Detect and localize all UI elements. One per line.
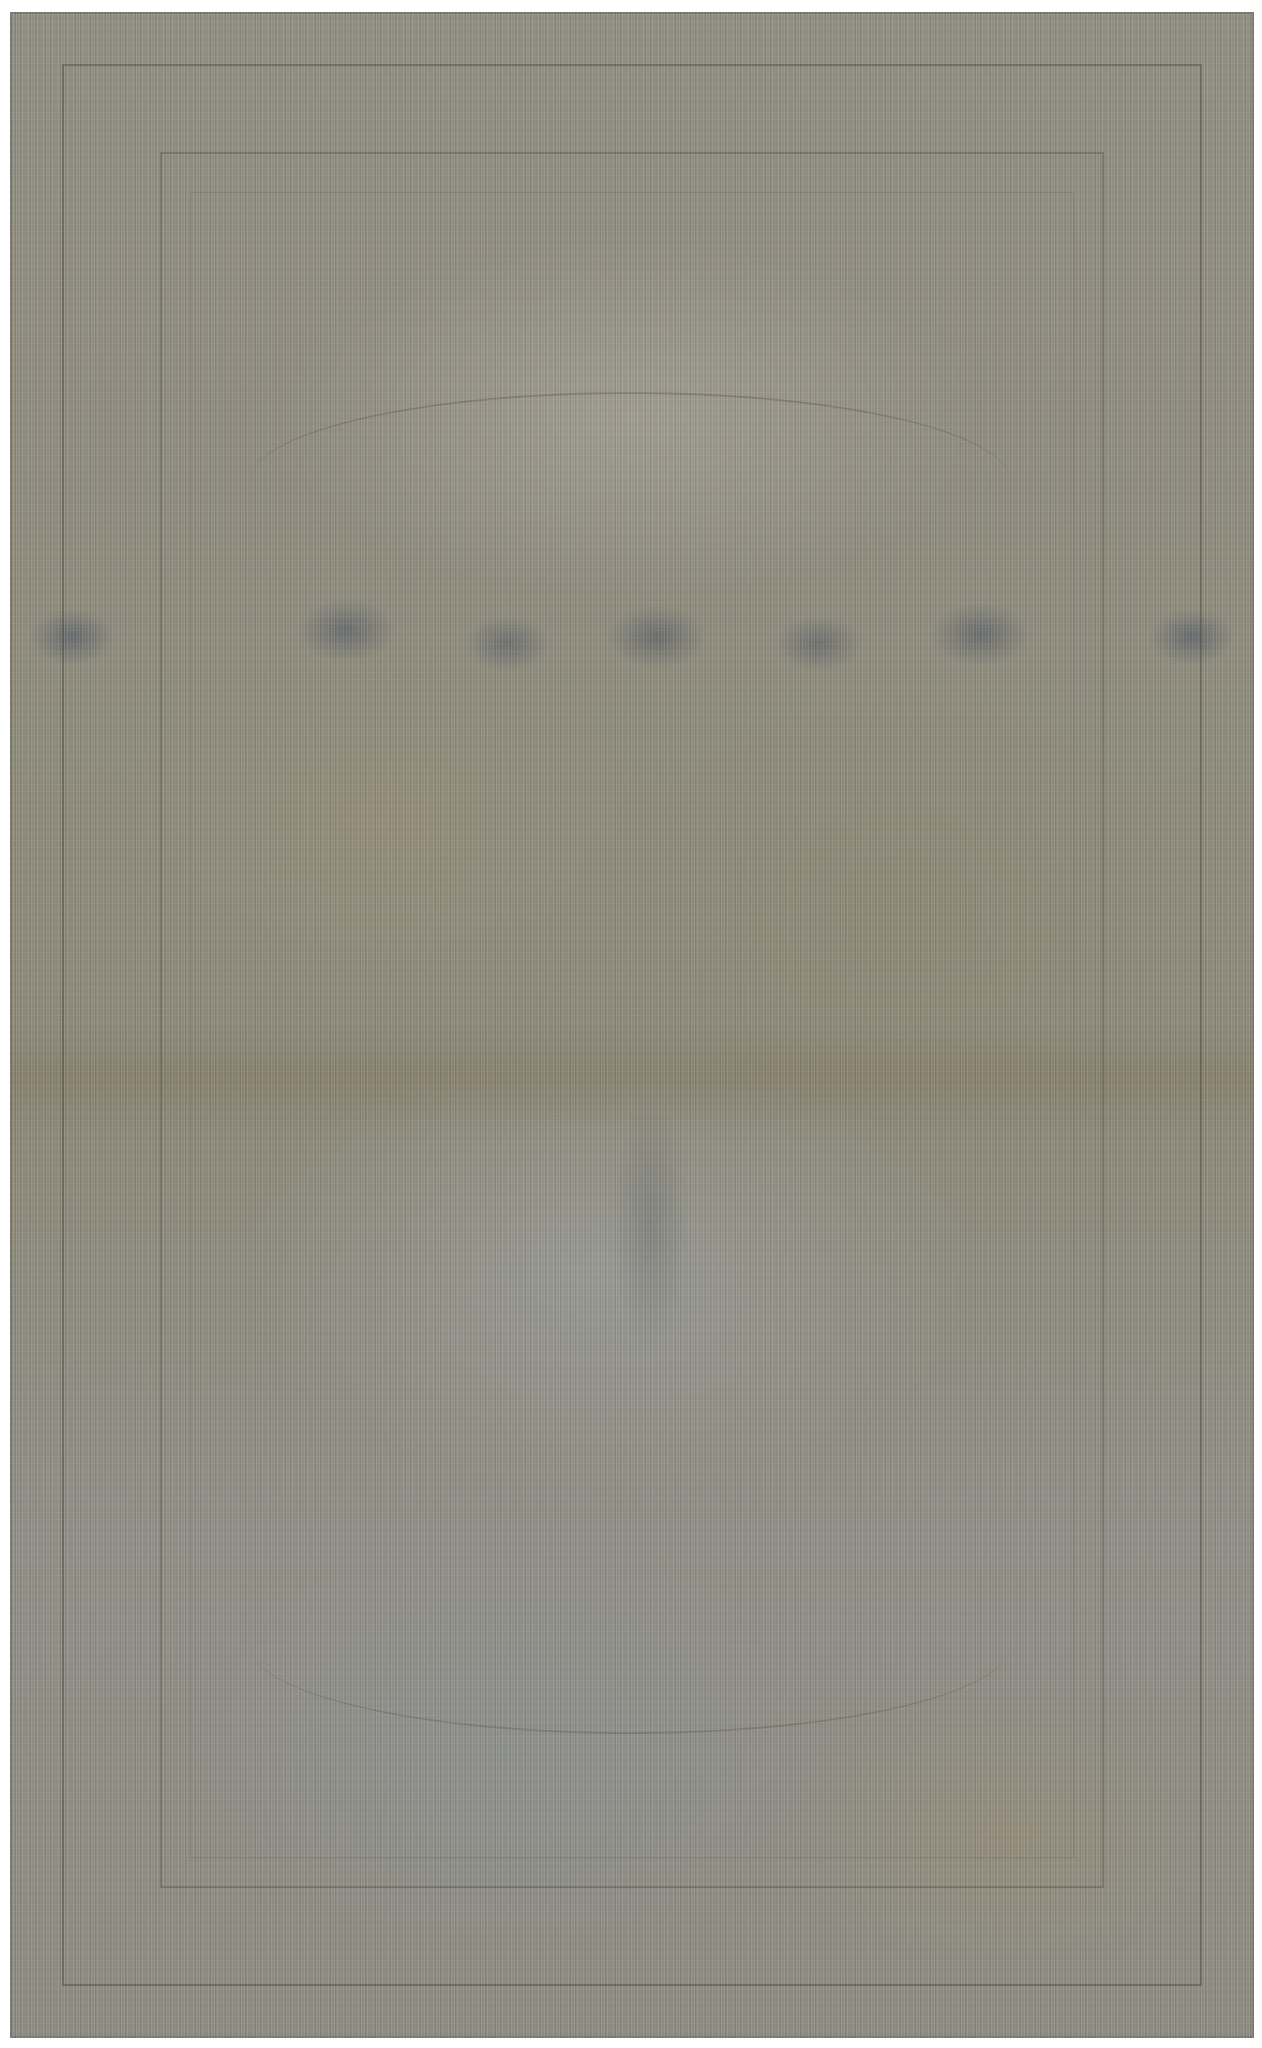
- pile-texture: [10, 12, 1254, 2038]
- product-photo: [0, 0, 1262, 2048]
- rug: [10, 12, 1254, 2038]
